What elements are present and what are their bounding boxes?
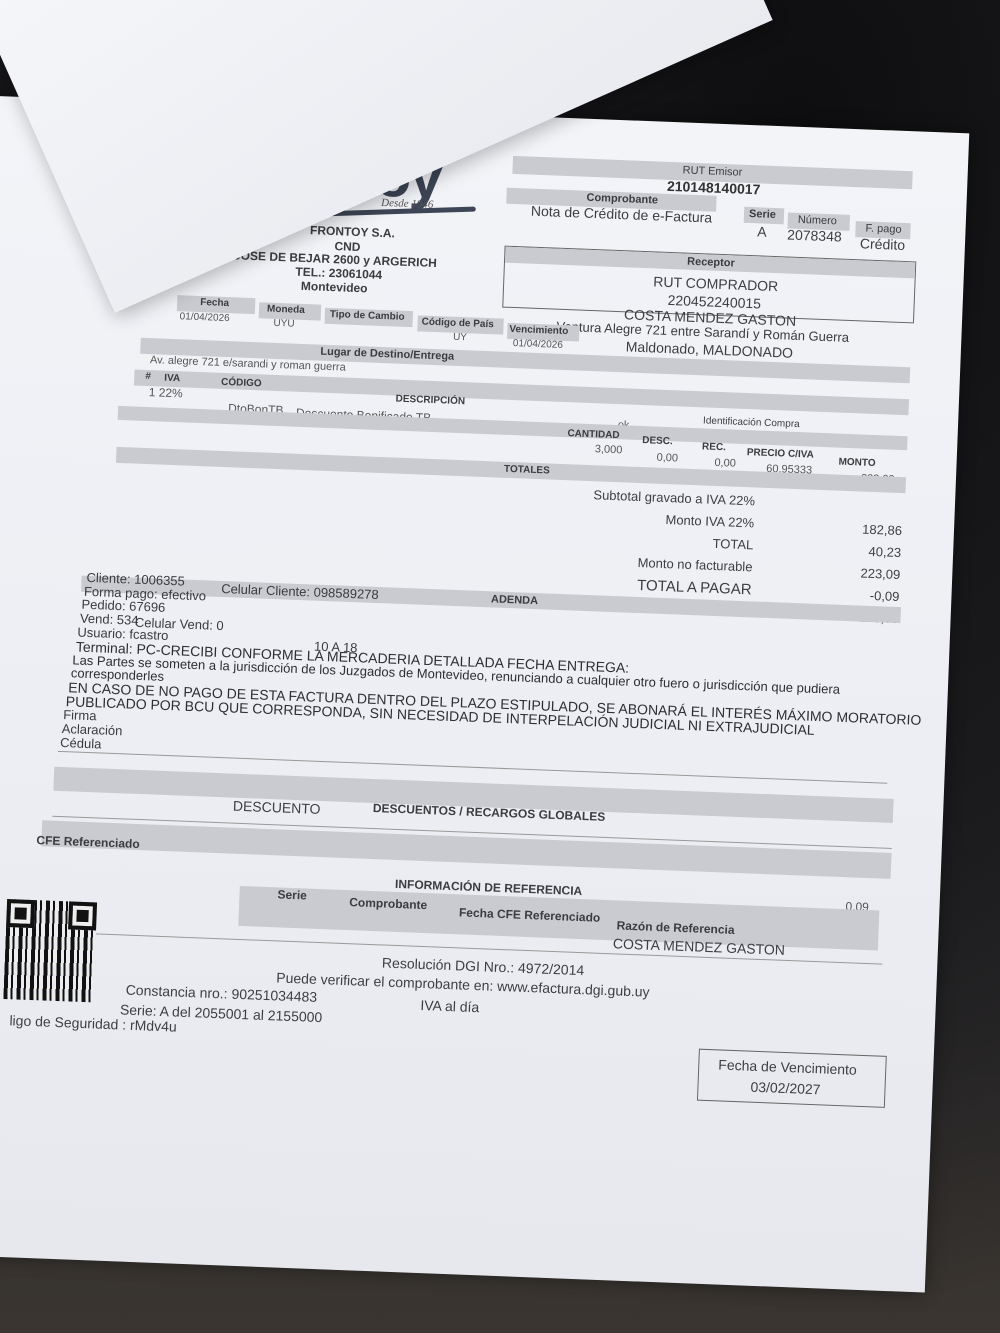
totales-row-value: 182,86 bbox=[862, 522, 902, 539]
adenda-label: ADENDA bbox=[491, 593, 538, 607]
serie-value: A bbox=[757, 223, 767, 239]
logo-tagline: Desde 1946 bbox=[381, 197, 434, 211]
fpago-value: Crédito bbox=[860, 235, 906, 253]
col-rec: REC. bbox=[702, 441, 726, 453]
ref-col-comprobante: Comprobante bbox=[349, 895, 427, 912]
rut-emisor-label: RUT Emisor bbox=[682, 164, 742, 178]
verificar-comprobante: Puede verificar el comprobante en: www.e… bbox=[276, 969, 650, 999]
totales-label: TOTALES bbox=[504, 464, 550, 477]
totales-row-value: 223,09 bbox=[860, 566, 900, 583]
fecha-vencimiento-value: 03/02/2027 bbox=[750, 1079, 821, 1098]
col-descripcion: DESCRIPCIÓN bbox=[395, 394, 465, 408]
col-codigo: CÓDIGO bbox=[221, 377, 262, 390]
totales-row-label: TOTAL bbox=[712, 536, 753, 553]
vencimiento-label: Vencimiento bbox=[509, 324, 568, 337]
totales-row-value: 40,23 bbox=[868, 544, 901, 560]
iva-al-dia: IVA al día bbox=[420, 997, 479, 1015]
receptor-label: Receptor bbox=[687, 256, 735, 270]
col-iva: IVA bbox=[164, 373, 180, 385]
col-monto: MONTO bbox=[838, 457, 875, 469]
totales-row-label: TOTAL A PAGAR bbox=[637, 577, 752, 598]
totales-row-label: Subtotal gravado a IVA 22% bbox=[593, 487, 755, 508]
codigo-pais-value: UY bbox=[453, 332, 467, 344]
qr-code bbox=[3, 899, 97, 1002]
emisor-name: FRONTOY S.A. bbox=[310, 223, 395, 240]
col-precio: PRECIO C/IVA bbox=[747, 447, 814, 461]
fecha-label: Fecha bbox=[200, 297, 229, 309]
totales-row-label: Monto no facturable bbox=[637, 555, 752, 574]
item-cantidad: 3,000 bbox=[595, 443, 623, 456]
vencimiento-value: 01/04/2026 bbox=[513, 338, 563, 351]
ref-col-serie: Serie bbox=[277, 887, 307, 902]
descuento-item: DESCUENTO bbox=[233, 798, 321, 817]
cfe-referenciado-label: CFE Referenciado bbox=[36, 833, 140, 851]
totales-row-label: Monto IVA 22% bbox=[665, 512, 754, 530]
item-desc: 0,00 bbox=[656, 452, 678, 465]
moneda-value: UYU bbox=[273, 318, 295, 330]
emisor-city: Montevideo bbox=[301, 279, 368, 296]
col-cantidad: CANTIDAD bbox=[567, 428, 620, 441]
item-num: 1 bbox=[148, 385, 155, 399]
numero-label: Número bbox=[798, 214, 838, 227]
col-identificacion: Identificación Compra bbox=[703, 415, 800, 430]
col-num: # bbox=[145, 371, 151, 382]
item-rec: 0,00 bbox=[714, 457, 736, 470]
referencia-bar bbox=[41, 820, 891, 879]
fecha-value: 01/04/2026 bbox=[179, 311, 229, 324]
item-iva: 22% bbox=[158, 385, 183, 400]
adenda-celular-cliente: Celular Cliente: 098589278 bbox=[221, 581, 379, 602]
fpago-label: F. pago bbox=[865, 222, 902, 235]
moneda-label: Moneda bbox=[267, 304, 305, 316]
totales-row-value: -0,09 bbox=[870, 588, 900, 604]
col-desc: DESC. bbox=[642, 435, 673, 447]
numero-value: 2078348 bbox=[787, 226, 842, 244]
serie-label: Serie bbox=[749, 208, 776, 221]
cedula-label: Cédula bbox=[60, 735, 102, 752]
